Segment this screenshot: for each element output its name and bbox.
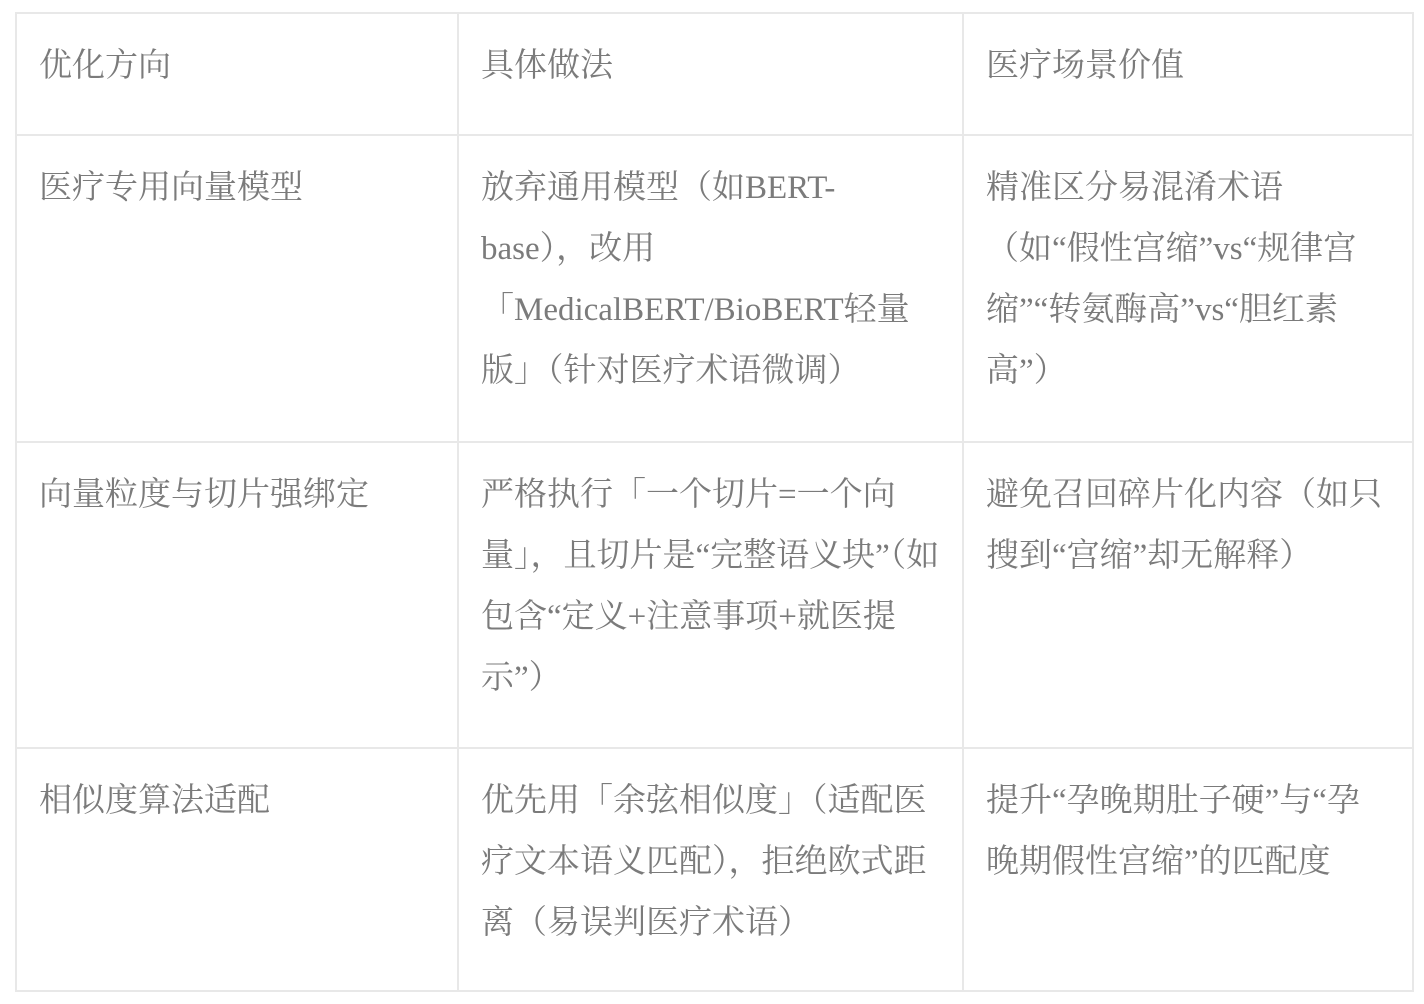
cell-method: 优先用「余弦相似度」（适配医疗文本语义匹配），拒绝欧式距离（易误判医疗术语）	[458, 748, 963, 991]
column-header-direction: 优化方向	[16, 13, 458, 135]
cell-value: 避免召回碎片化内容（如只搜到“宫缩”却无解释）	[963, 442, 1413, 748]
cell-value: 提升“孕晚期肚子硬”与“孕晚期假性宫缩”的匹配度	[963, 748, 1413, 991]
cell-direction: 医疗专用向量模型	[16, 135, 458, 442]
table-row: 医疗专用向量模型 放弃通用模型（如BERT-base），改用「MedicalBE…	[16, 135, 1413, 442]
cell-direction: 向量粒度与切片强绑定	[16, 442, 458, 748]
table-row: 向量粒度与切片强绑定 严格执行「一个切片=一个向量」，且切片是“完整语义块”（如…	[16, 442, 1413, 748]
table-row: 相似度算法适配 优先用「余弦相似度」（适配医疗文本语义匹配），拒绝欧式距离（易误…	[16, 748, 1413, 991]
table-header-row: 优化方向 具体做法 医疗场景价值	[16, 13, 1413, 135]
column-header-method: 具体做法	[458, 13, 963, 135]
cell-value: 精准区分易混淆术语（如“假性宫缩”vs“规律宫缩”“转氨酶高”vs“胆红素高”）	[963, 135, 1413, 442]
cell-direction: 相似度算法适配	[16, 748, 458, 991]
column-header-value: 医疗场景价值	[963, 13, 1413, 135]
cell-method: 放弃通用模型（如BERT-base），改用「MedicalBERT/BioBER…	[458, 135, 963, 442]
optimization-table: 优化方向 具体做法 医疗场景价值 医疗专用向量模型 放弃通用模型（如BERT-b…	[15, 12, 1414, 992]
cell-method: 严格执行「一个切片=一个向量」，且切片是“完整语义块”（如包含“定义+注意事项+…	[458, 442, 963, 748]
